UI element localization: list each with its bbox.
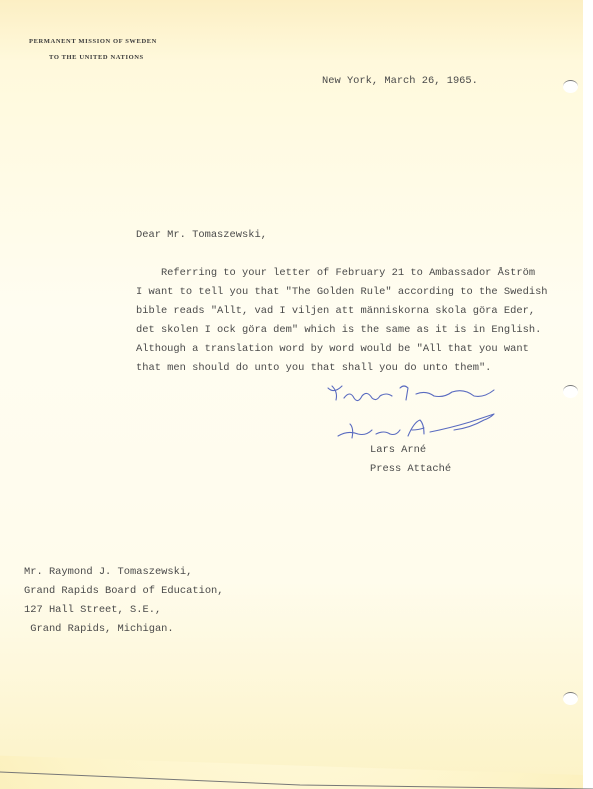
recipient-address-line: Mr. Raymond J. Tomaszewski, [24, 567, 192, 577]
salutation: Dear Mr. Tomaszewski, [136, 230, 267, 240]
recipient-address-line: Grand Rapids Board of Education, [24, 586, 224, 596]
recipient-address-line: Grand Rapids, Michigan. [24, 624, 174, 634]
letterhead-line-1: PERMANENT MISSION OF SWEDEN [29, 38, 157, 45]
punch-hole [563, 692, 578, 705]
punch-hole [563, 80, 578, 93]
punch-hole [563, 385, 578, 398]
signatory-title: Press Attaché [370, 464, 451, 474]
body-line: I want to tell you that "The Golden Rule… [136, 287, 548, 297]
body-line: that men should do unto you that shall y… [136, 363, 491, 373]
body-line: bible reads "Allt, vad I viljen att männ… [136, 306, 535, 316]
letterhead-line-2: TO THE UNITED NATIONS [49, 54, 144, 61]
body-line: Referring to your letter of February 21 … [136, 268, 535, 278]
letter-page: PERMANENT MISSION OF SWEDEN TO THE UNITE… [0, 0, 593, 789]
recipient-address-line: 127 Hall Street, S.E., [24, 605, 161, 615]
signatory-name: Lars Arné [370, 445, 426, 455]
body-line: det skolen I ock göra dem" which is the … [136, 325, 541, 335]
body-line: Although a translation word by word woul… [136, 344, 529, 354]
letter-date: New York, March 26, 1965. [322, 76, 478, 86]
handwritten-signature [320, 378, 520, 450]
scan-margin [583, 0, 593, 789]
